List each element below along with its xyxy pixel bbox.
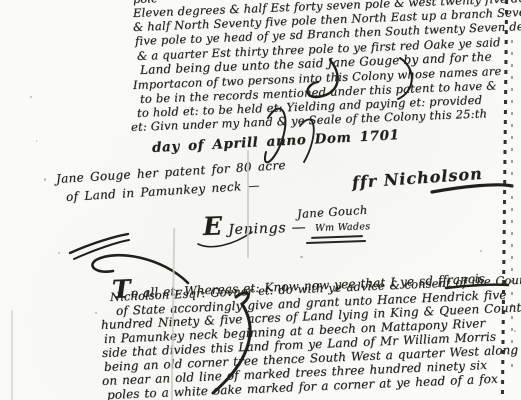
signature-nicholson: ffr Nicholson (351, 164, 483, 192)
manuscript-page: pole Eleven degrees & half Est forty sev… (0, 0, 521, 400)
signature-jenings: E Jenings — (202, 208, 306, 241)
paper-crease (247, 150, 249, 258)
paper-speck (300, 256, 303, 258)
paper-streak (11, 310, 13, 400)
signature-gouch: Jane Gouch (297, 203, 368, 221)
paper-speck (44, 178, 46, 181)
paper-speck (514, 330, 516, 332)
paper-speck (480, 250, 482, 252)
paper-speck (58, 252, 60, 254)
signature-underline (311, 235, 363, 238)
binding-stitch-marks-2 (511, 40, 513, 370)
signature-wades: Wm Wades (315, 221, 371, 234)
paper-speck (30, 96, 32, 98)
signature-underline (306, 240, 366, 244)
paper-speck (95, 312, 97, 314)
binding-stitch-marks (501, 0, 508, 400)
paper-speck (36, 140, 37, 142)
